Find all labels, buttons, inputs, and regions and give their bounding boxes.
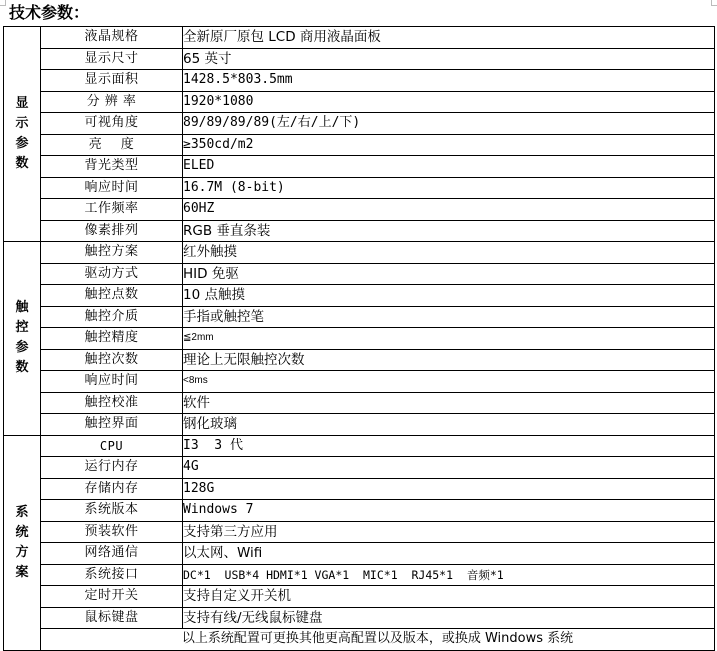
row-value: 手指或触控笔	[183, 306, 715, 328]
section-char: 数	[4, 154, 40, 174]
row-label: 响应时间	[41, 371, 183, 393]
row-label: 触控点数	[41, 285, 183, 307]
section-char: 案	[4, 563, 40, 583]
row-label: 网络通信	[41, 543, 183, 565]
table-row-footer: 以上系统配置可更换其他更高配置以及版本，或换成 Windows 系统	[4, 629, 715, 651]
table-row: 鼠标键盘 支持有线/无线鼠标键盘	[4, 607, 715, 629]
section-char: 示	[4, 114, 40, 134]
section-char: 系	[4, 503, 40, 523]
table-row: 触控点数 10 点触摸	[4, 285, 715, 307]
table-row: 工作频率 60HZ	[4, 199, 715, 221]
row-value: 65 英寸	[183, 48, 715, 70]
table-row: 亮 度 ≥350cd/m2	[4, 134, 715, 156]
row-value: 全新原厂原包 LCD 商用液晶面板	[183, 27, 715, 49]
row-value: Windows 7	[183, 500, 715, 522]
section-header-display: 显 示 参 数	[4, 27, 41, 242]
table-row: 系统版本 Windows 7	[4, 500, 715, 522]
table-row: 触控次数 理论上无限触控次数	[4, 349, 715, 371]
section-char: 触	[4, 298, 40, 318]
section-char: 数	[4, 358, 40, 378]
row-label: 定时开关	[41, 586, 183, 608]
table-row: 显 示 参 数 液晶规格 全新原厂原包 LCD 商用液晶面板	[4, 27, 715, 49]
table-row: 预装软件 支持第三方应用	[4, 521, 715, 543]
row-label: 像素排列	[41, 220, 183, 242]
row-label: 亮 度	[41, 134, 183, 156]
section-char: 控	[4, 318, 40, 338]
section-char: 参	[4, 338, 40, 358]
row-value: 支持第三方应用	[183, 521, 715, 543]
table-row: 分 辨 率 1920*1080	[4, 91, 715, 113]
row-label: 预装软件	[41, 521, 183, 543]
row-value: 1428.5*803.5mm	[183, 70, 715, 92]
row-label: 驱动方式	[41, 263, 183, 285]
row-value: 钢化玻璃	[183, 414, 715, 436]
row-label: 触控校准	[41, 392, 183, 414]
table-row: 响应时间 <8ms	[4, 371, 715, 393]
row-value: 软件	[183, 392, 715, 414]
table-row: 显示尺寸 65 英寸	[4, 48, 715, 70]
row-value: 理论上无限触控次数	[183, 349, 715, 371]
row-value: 支持自定义开关机	[183, 586, 715, 608]
footer-note: 以上系统配置可更换其他更高配置以及版本，或换成 Windows 系统	[41, 629, 715, 651]
row-value: 4G	[183, 457, 715, 479]
row-value: HID 免驱	[183, 263, 715, 285]
row-label: 响应时间	[41, 177, 183, 199]
row-label: 液晶规格	[41, 27, 183, 49]
row-value: DC*1 USB*4 HDMI*1 VGA*1 MIC*1 RJ45*1 音频*…	[183, 564, 715, 586]
row-value: 89/89/89/89(左/右/上/下)	[183, 113, 715, 135]
row-value: 以太网、Wifi	[183, 543, 715, 565]
row-value: 60HZ	[183, 199, 715, 221]
table-row: 触 控 参 数 触控方案 红外触摸	[4, 242, 715, 264]
row-label: 运行内存	[41, 457, 183, 479]
row-value: 1920*1080	[183, 91, 715, 113]
table-row: 存储内存 128G	[4, 478, 715, 500]
section-header-touch: 触 控 参 数	[4, 242, 41, 436]
table-row: 触控介质 手指或触控笔	[4, 306, 715, 328]
table-row: 驱动方式 HID 免驱	[4, 263, 715, 285]
row-label: 系统版本	[41, 500, 183, 522]
row-label: 触控次数	[41, 349, 183, 371]
row-label: 显示尺寸	[41, 48, 183, 70]
row-label: 可视角度	[41, 113, 183, 135]
page-corner-mark	[0, 0, 6, 6]
row-label: 存储内存	[41, 478, 183, 500]
table-row: 触控界面 钢化玻璃	[4, 414, 715, 436]
table-row: 显示面积 1428.5*803.5mm	[4, 70, 715, 92]
spec-table: 显 示 参 数 液晶规格 全新原厂原包 LCD 商用液晶面板 显示尺寸 65 英…	[3, 26, 715, 651]
row-label: 分 辨 率	[41, 91, 183, 113]
row-label: CPU	[41, 435, 183, 457]
table-row: 网络通信 以太网、Wifi	[4, 543, 715, 565]
table-row: 触控校准 软件	[4, 392, 715, 414]
row-value: ≥350cd/m2	[183, 134, 715, 156]
section-char: 统	[4, 523, 40, 543]
section-char: 显	[4, 94, 40, 114]
row-value: 10 点触摸	[183, 285, 715, 307]
table-row: 响应时间 16.7M (8-bit)	[4, 177, 715, 199]
table-row: 定时开关 支持自定义开关机	[4, 586, 715, 608]
row-value: <8ms	[183, 371, 715, 393]
row-label: 工作频率	[41, 199, 183, 221]
table-row: 触控精度 ≦2mm	[4, 328, 715, 350]
page-corner-mark	[711, 0, 717, 6]
table-row: 可视角度 89/89/89/89(左/右/上/下)	[4, 113, 715, 135]
section-header-system: 系 统 方 案	[4, 435, 41, 650]
row-value: ELED	[183, 156, 715, 178]
row-value: ≦2mm	[183, 328, 715, 350]
row-value: 16.7M (8-bit)	[183, 177, 715, 199]
row-label: 触控方案	[41, 242, 183, 264]
table-row: 运行内存 4G	[4, 457, 715, 479]
row-label: 鼠标键盘	[41, 607, 183, 629]
row-label: 触控介质	[41, 306, 183, 328]
row-label: 背光类型	[41, 156, 183, 178]
row-label: 系统接口	[41, 564, 183, 586]
table-row: 系 统 方 案 CPU I3 3 代	[4, 435, 715, 457]
row-value: I3 3 代	[183, 435, 715, 457]
section-char: 参	[4, 134, 40, 154]
row-value: RGB 垂直条装	[183, 220, 715, 242]
row-value: 支持有线/无线鼠标键盘	[183, 607, 715, 629]
table-row: 背光类型 ELED	[4, 156, 715, 178]
section-char: 方	[4, 543, 40, 563]
row-value: 红外触摸	[183, 242, 715, 264]
document-title: 技术参数：	[9, 2, 89, 24]
table-row: 系统接口 DC*1 USB*4 HDMI*1 VGA*1 MIC*1 RJ45*…	[4, 564, 715, 586]
row-label: 触控精度	[41, 328, 183, 350]
row-value: 128G	[183, 478, 715, 500]
row-label: 显示面积	[41, 70, 183, 92]
row-label: 触控界面	[41, 414, 183, 436]
table-row: 像素排列 RGB 垂直条装	[4, 220, 715, 242]
